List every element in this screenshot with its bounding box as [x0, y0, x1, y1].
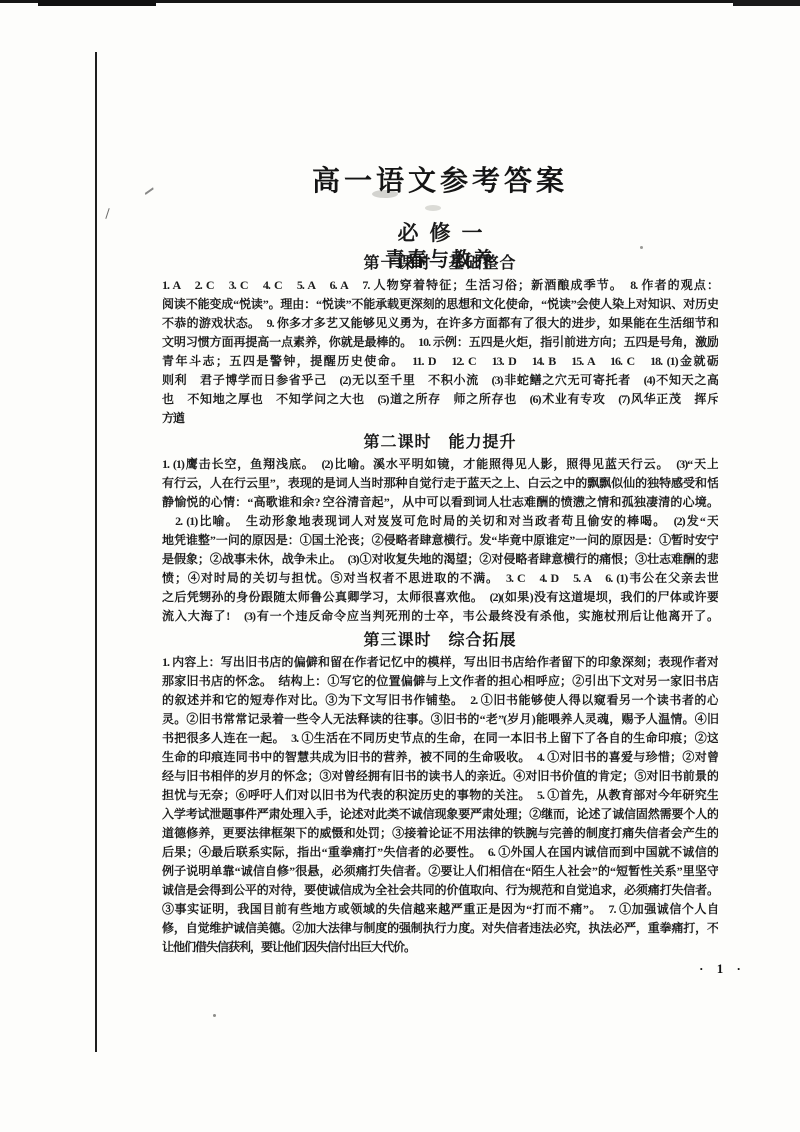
scan-edge-blob-left [38, 0, 156, 6]
answer-section: 第三课时 综合拓展1. 内容上：写出旧书店的偏僻和留在作者记忆中的模样，写出旧书… [162, 631, 718, 957]
answer-section: 第一课时 基础整合1. A 2. C 3. C 4. C 5. A 6. A 7… [162, 254, 718, 428]
answer-line: ③事实证明，我国目前有些地方或领域的失信越来越严重正是因为“打而不痛”。 7. … [162, 900, 718, 919]
answer-line: 那家旧书店的怀念。 结构上：①写它的位置偏僻与上文作者的担心相呼应；②引出下文对… [162, 672, 718, 691]
scan-artifact-dot [213, 1014, 216, 1017]
scan-edge-blob-right [733, 0, 800, 6]
scanned-answer-page: 高一语文参考答案 必修一 青春与教养 第一课时 基础整合1. A 2. C 3.… [0, 0, 800, 1132]
answer-sections: 第一课时 基础整合1. A 2. C 3. C 4. C 5. A 6. A 7… [162, 254, 718, 957]
answer-line: 之后凭甥孙的身份跟随太师鲁公真卿学习，太师很喜欢他。 (2)(如果)没有这道堤坝… [162, 588, 718, 607]
answer-line: 愤；④对时局的关切与担忧。⑤对当权者不思进取的不满。 3. C 4. D 5. … [162, 569, 718, 588]
answer-line: 生命的印痕连同书中的智慧共成为旧书的营养，被不同的生命吸收。 4. ①对旧书的喜… [162, 748, 718, 767]
page-title: 高一语文参考答案 [122, 159, 758, 199]
answer-line: 文明习惯方面再提高一点素养，你就是最棒的。 10. 示例：五四是火炬，指引前进方… [162, 333, 718, 352]
section-heading: 第三课时 综合拓展 [162, 631, 718, 651]
answer-line: 后果；④最后联系实际，指出“重拳痛打”失信者的必要性。 6. ①外国人在国内诚信… [162, 843, 718, 862]
answer-line: 道德修养，更要法律框架下的威慑和处罚；③接着论证不用法律的铁腕与完善的制度打痛失… [162, 824, 718, 843]
answer-line: 修，自觉维护诚信美德。②加大法律与制度的强制执行力度。对失信者违法必究，执法必严… [162, 919, 718, 938]
answer-section: 第二课时 能力提升1. (1)鹰击长空，鱼翔浅底。 (2)比喻。溪水平明如镜，才… [162, 433, 718, 626]
answer-line: 地凭谁整”一问的原因是：①国土沦丧；②侵略者肆意横行。发“毕竟中原谁定”一问的原… [162, 531, 718, 550]
answer-line: 入学考试泄题事件严肃处理入手，论述对此类不诚信现象要严肃处理；②继而，论述了诚信… [162, 805, 718, 824]
answer-line: 的叙述并和它的短寿作对比。③为下文写旧书作铺垫。 2. ①旧书能够使人得以窥看另… [162, 691, 718, 710]
answer-line: 让他们借失信获利，要让他们因失信付出巨大代价。 [162, 938, 718, 957]
answer-line: 1. A 2. C 3. C 4. C 5. A 6. A 7. 人物穿着特征；… [162, 276, 718, 295]
scan-binding-line [95, 52, 97, 1052]
answer-line: 2. (1)比喻。 生动形象地表现词人对岌岌可危时局的关切和对当政者苟且偷安的棒… [162, 512, 718, 531]
page-number: · 1 · [676, 961, 764, 977]
answer-line: 诚信是会得到公平的对待，要使诚信成为全社会共同的价值取向、行为规范和自觉追求，必… [162, 881, 718, 900]
answer-line: 青年斗志；五四是警钟，提醒历史使命。 11. D 12. C 13. D 14.… [162, 352, 718, 371]
answer-line: 有行云，人在行云里”，表现的是词人当时那种自觉行走于蓝天之上、白云之中的飘飘似仙… [162, 474, 718, 493]
answer-line: 是假象；②战事未休，战争未止。 (3)①对收复失地的渴望；②对侵略者肆意横行的痛… [162, 550, 718, 569]
answer-line: 例子说明单靠“诚信自修”很悬，必须痛打失信者。②要让人们相信在“陌生人社会”的“… [162, 862, 718, 881]
answer-line: 流入大海了! (3)有一个违反命令应当判死刑的士卒，韦公最终没有杀他，实施杖刑后… [162, 607, 718, 626]
scan-artifact-slash [105, 208, 109, 219]
answer-line: 则利 君子博学而日参省乎己 (2)无以至千里 不积小流 (3)非蛇鳝之穴无可寄托… [162, 371, 718, 390]
answer-line: 1. 内容上：写出旧书店的偏僻和留在作者记忆中的模样，写出旧书店给作者留下的印象… [162, 653, 718, 672]
section-heading: 第二课时 能力提升 [162, 433, 718, 453]
answer-line: 不恭的游戏状态。 9. 你多才多艺又能够见义勇为，在许多方面都有了很大的进步，如… [162, 314, 718, 333]
answer-line: 也 不知地之厚也 不知学问之大也 (5)道之所存 师之所存也 (6)术业有专攻 … [162, 390, 718, 409]
answer-line: 经与旧书相伴的岁月的怀念；③对曾经拥有旧书的读书人的亲近。④对旧书价值的肯定；⑤… [162, 767, 718, 786]
answer-line: 方遒 [162, 409, 718, 428]
answer-line: 静愉悦的心情：“高歌谁和余? 空谷清音起”，从中可以看到词人壮志难酬的愤懑之情和… [162, 493, 718, 512]
answer-line: 灵。②旧书常常记录着一些令人无法释读的往事。③旧书的“老”(岁月)能喂养人灵魂，… [162, 710, 718, 729]
answer-line: 书把很多人连在一起。 3. ①生活在不同历史节点的生命，在同一本旧书上留下了各自… [162, 729, 718, 748]
section-heading: 第一课时 基础整合 [162, 254, 718, 274]
scan-artifact-smudge [425, 205, 441, 211]
answer-line: 阅读不能变成“悦读”。理由：“悦读”不能承载更深刻的思想和文化使命，“悦读”会使… [162, 295, 718, 314]
answer-line: 1. (1)鹰击长空，鱼翔浅底。 (2)比喻。溪水平明如镜，才能照得见人影，照得… [162, 455, 718, 474]
answer-line: 担忧与无奈；⑥呼吁人们对以旧书为代表的积淀历史的事物的关注。 5. ①首先，从教… [162, 786, 718, 805]
